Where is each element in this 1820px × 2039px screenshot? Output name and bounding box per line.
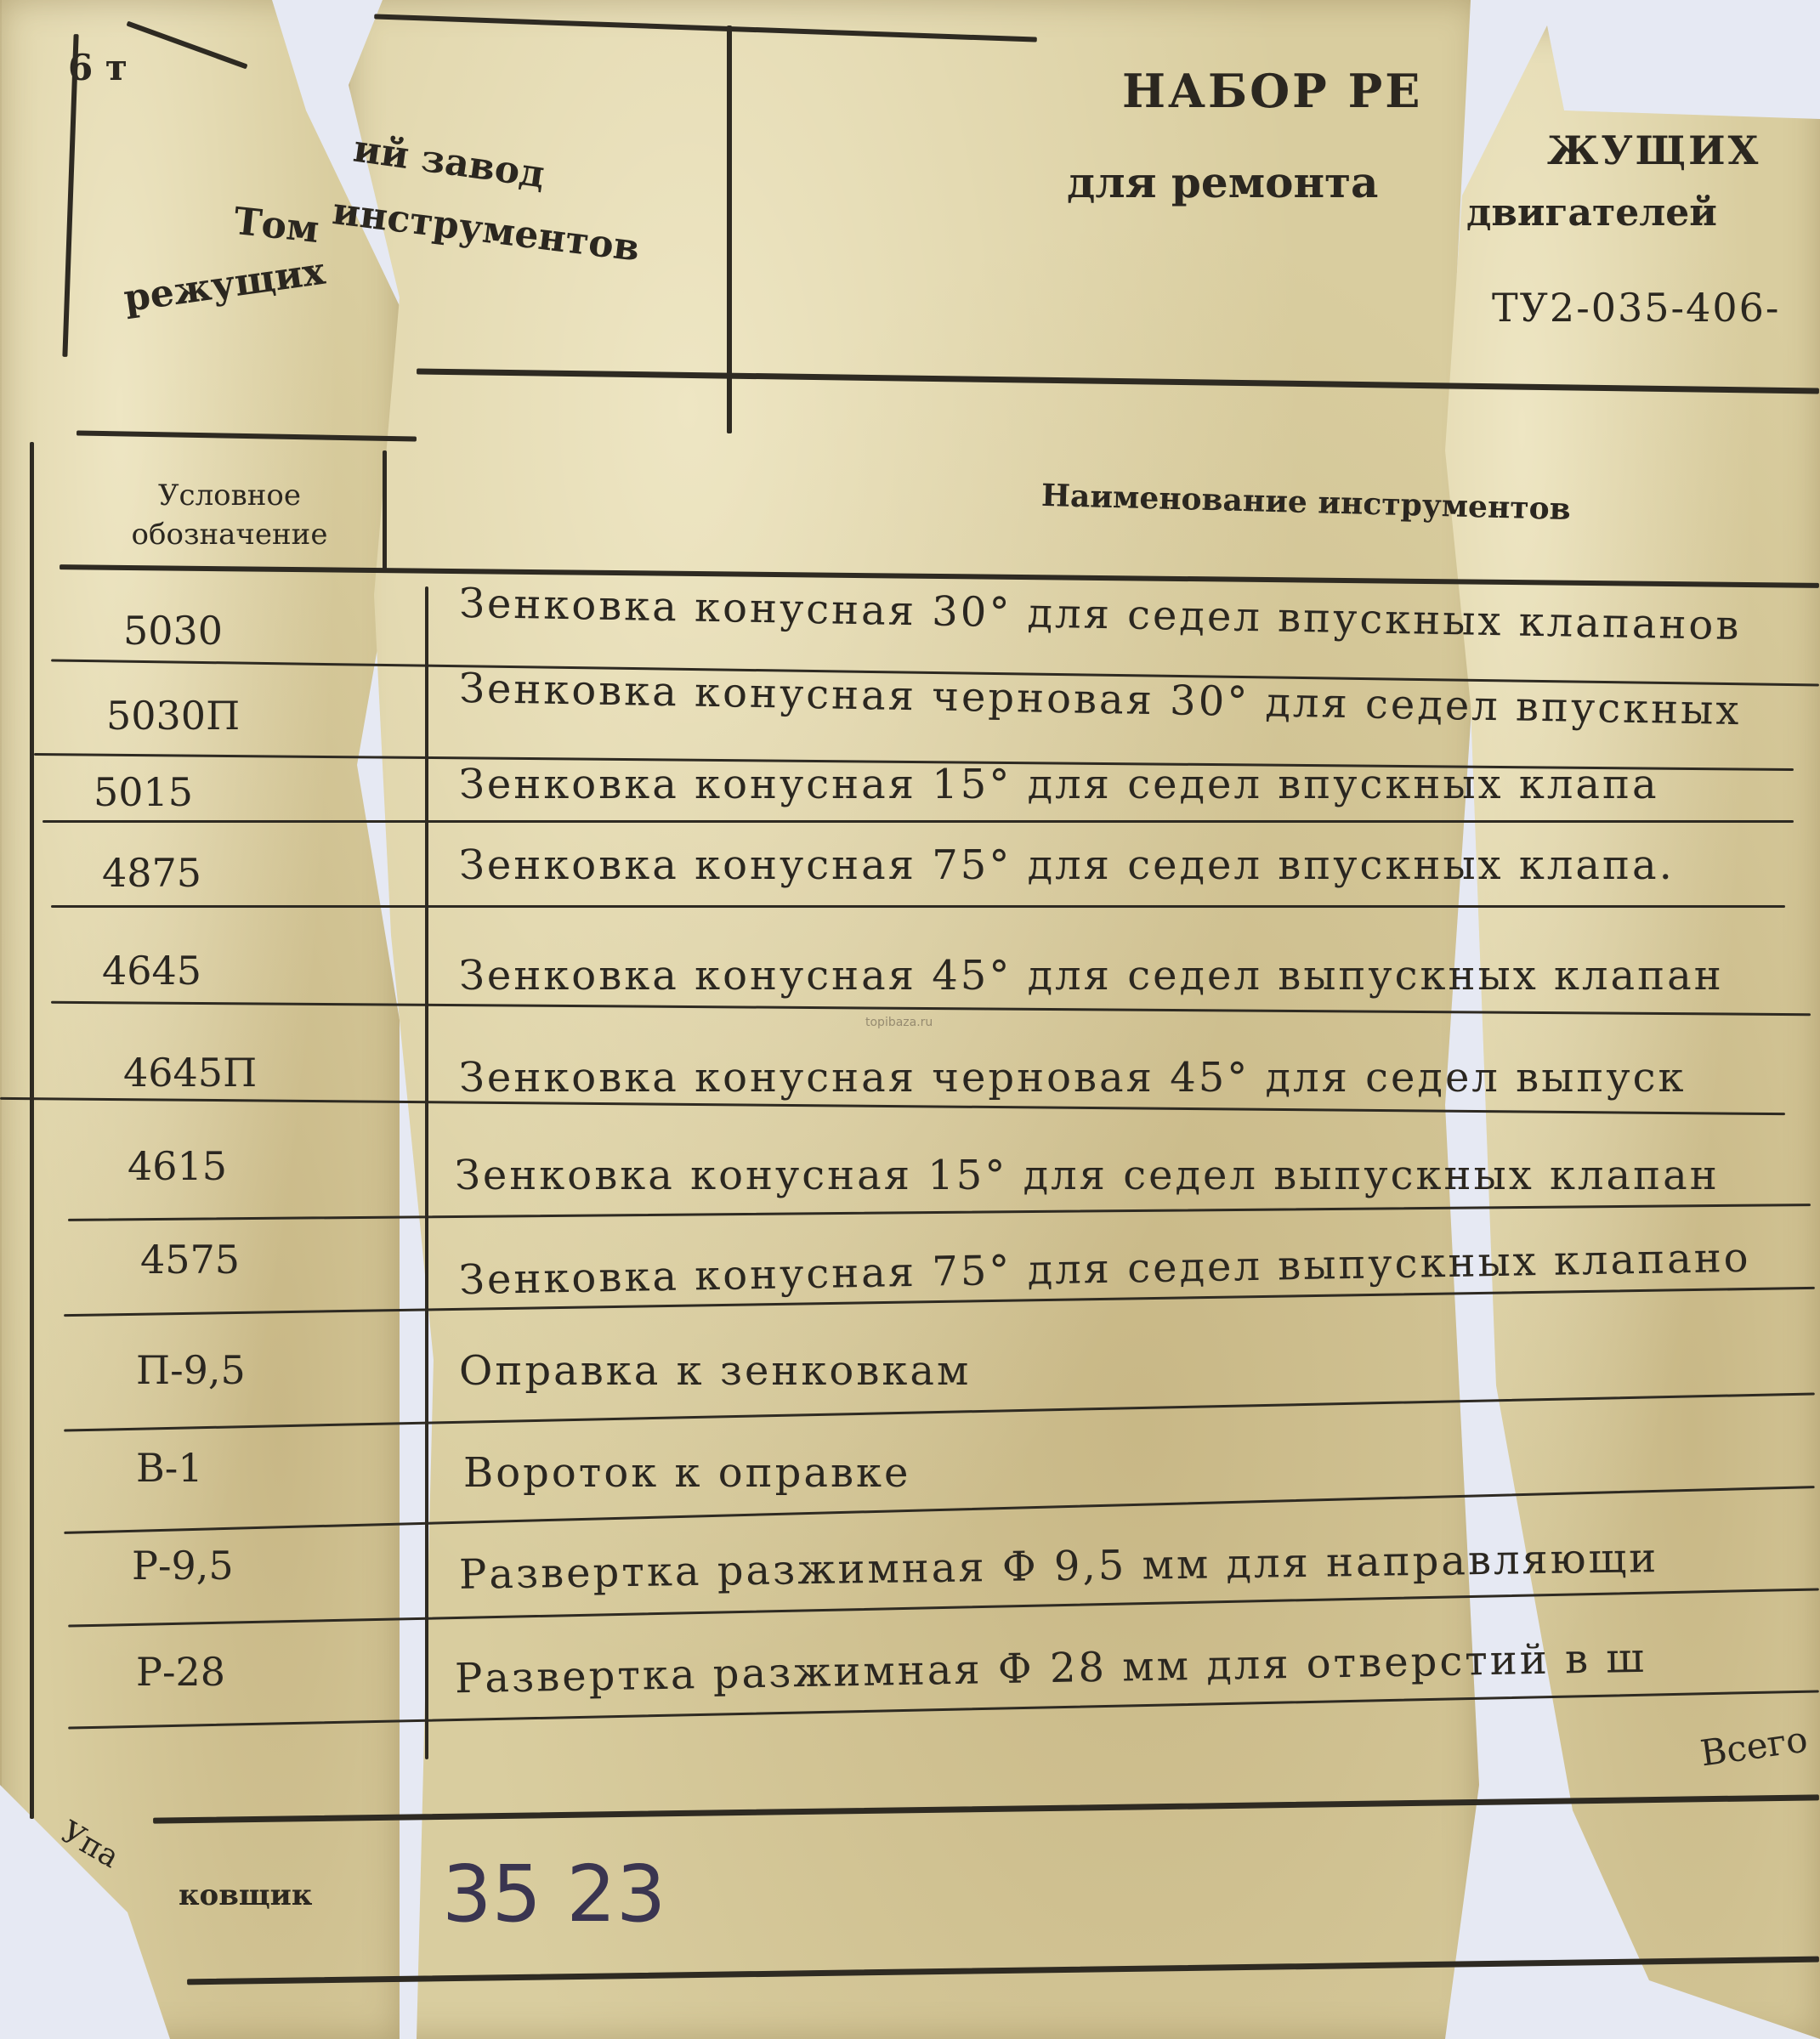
row-name: Зенковка конусная 15° для седел впускных…: [459, 761, 1659, 808]
row-code: 4875: [102, 850, 201, 896]
packer-label-end: ковщик: [179, 1878, 312, 1912]
row-code: 5030: [123, 608, 223, 654]
row-divider: [51, 905, 1785, 908]
row-code: В-1: [136, 1445, 203, 1491]
row-name: Вороток к оправке: [463, 1449, 910, 1497]
row-code: 4575: [140, 1237, 240, 1283]
row-code: Р-28: [136, 1649, 225, 1695]
row-name: Зенковка конусная 75° для седел впускных…: [459, 841, 1675, 889]
watermark: topibaza.ru: [865, 1016, 933, 1029]
column-divider: [425, 586, 428, 1759]
row-name: Зенковка конусная 45° для седел выпускны…: [459, 952, 1724, 1000]
column-header-code: Условное обозначение: [102, 476, 357, 554]
purpose-line-2: двигателей: [1466, 191, 1717, 235]
row-name: Зенковка конусная черновая 45° для седел…: [459, 1054, 1686, 1102]
row-name: Зенковка конусная 15° для седел выпускны…: [455, 1152, 1720, 1199]
factory-line-2a: Том: [232, 200, 321, 252]
set-title-continued: ЖУЩИХ: [1547, 127, 1760, 173]
purpose-line-1: для ремонта: [1067, 157, 1378, 207]
table-border-left: [30, 442, 34, 1819]
stamp-number: 35 23: [442, 1849, 666, 1940]
set-title: НАБОР РЕ: [1122, 64, 1422, 118]
row-code: 5015: [94, 769, 193, 815]
row-code: 4645: [102, 948, 201, 994]
header-col-divider: [383, 450, 387, 569]
spec-code: ТУ2-035-406-: [1492, 285, 1780, 331]
row-code: 5030П: [106, 693, 240, 739]
row-code: Р-9,5: [132, 1543, 234, 1589]
row-code: 4645П: [123, 1050, 257, 1096]
row-code: П-9,5: [136, 1347, 246, 1393]
row-name: Оправка к зенковкам: [459, 1347, 971, 1395]
row-divider: [43, 820, 1794, 823]
row-code: 4615: [128, 1143, 227, 1189]
